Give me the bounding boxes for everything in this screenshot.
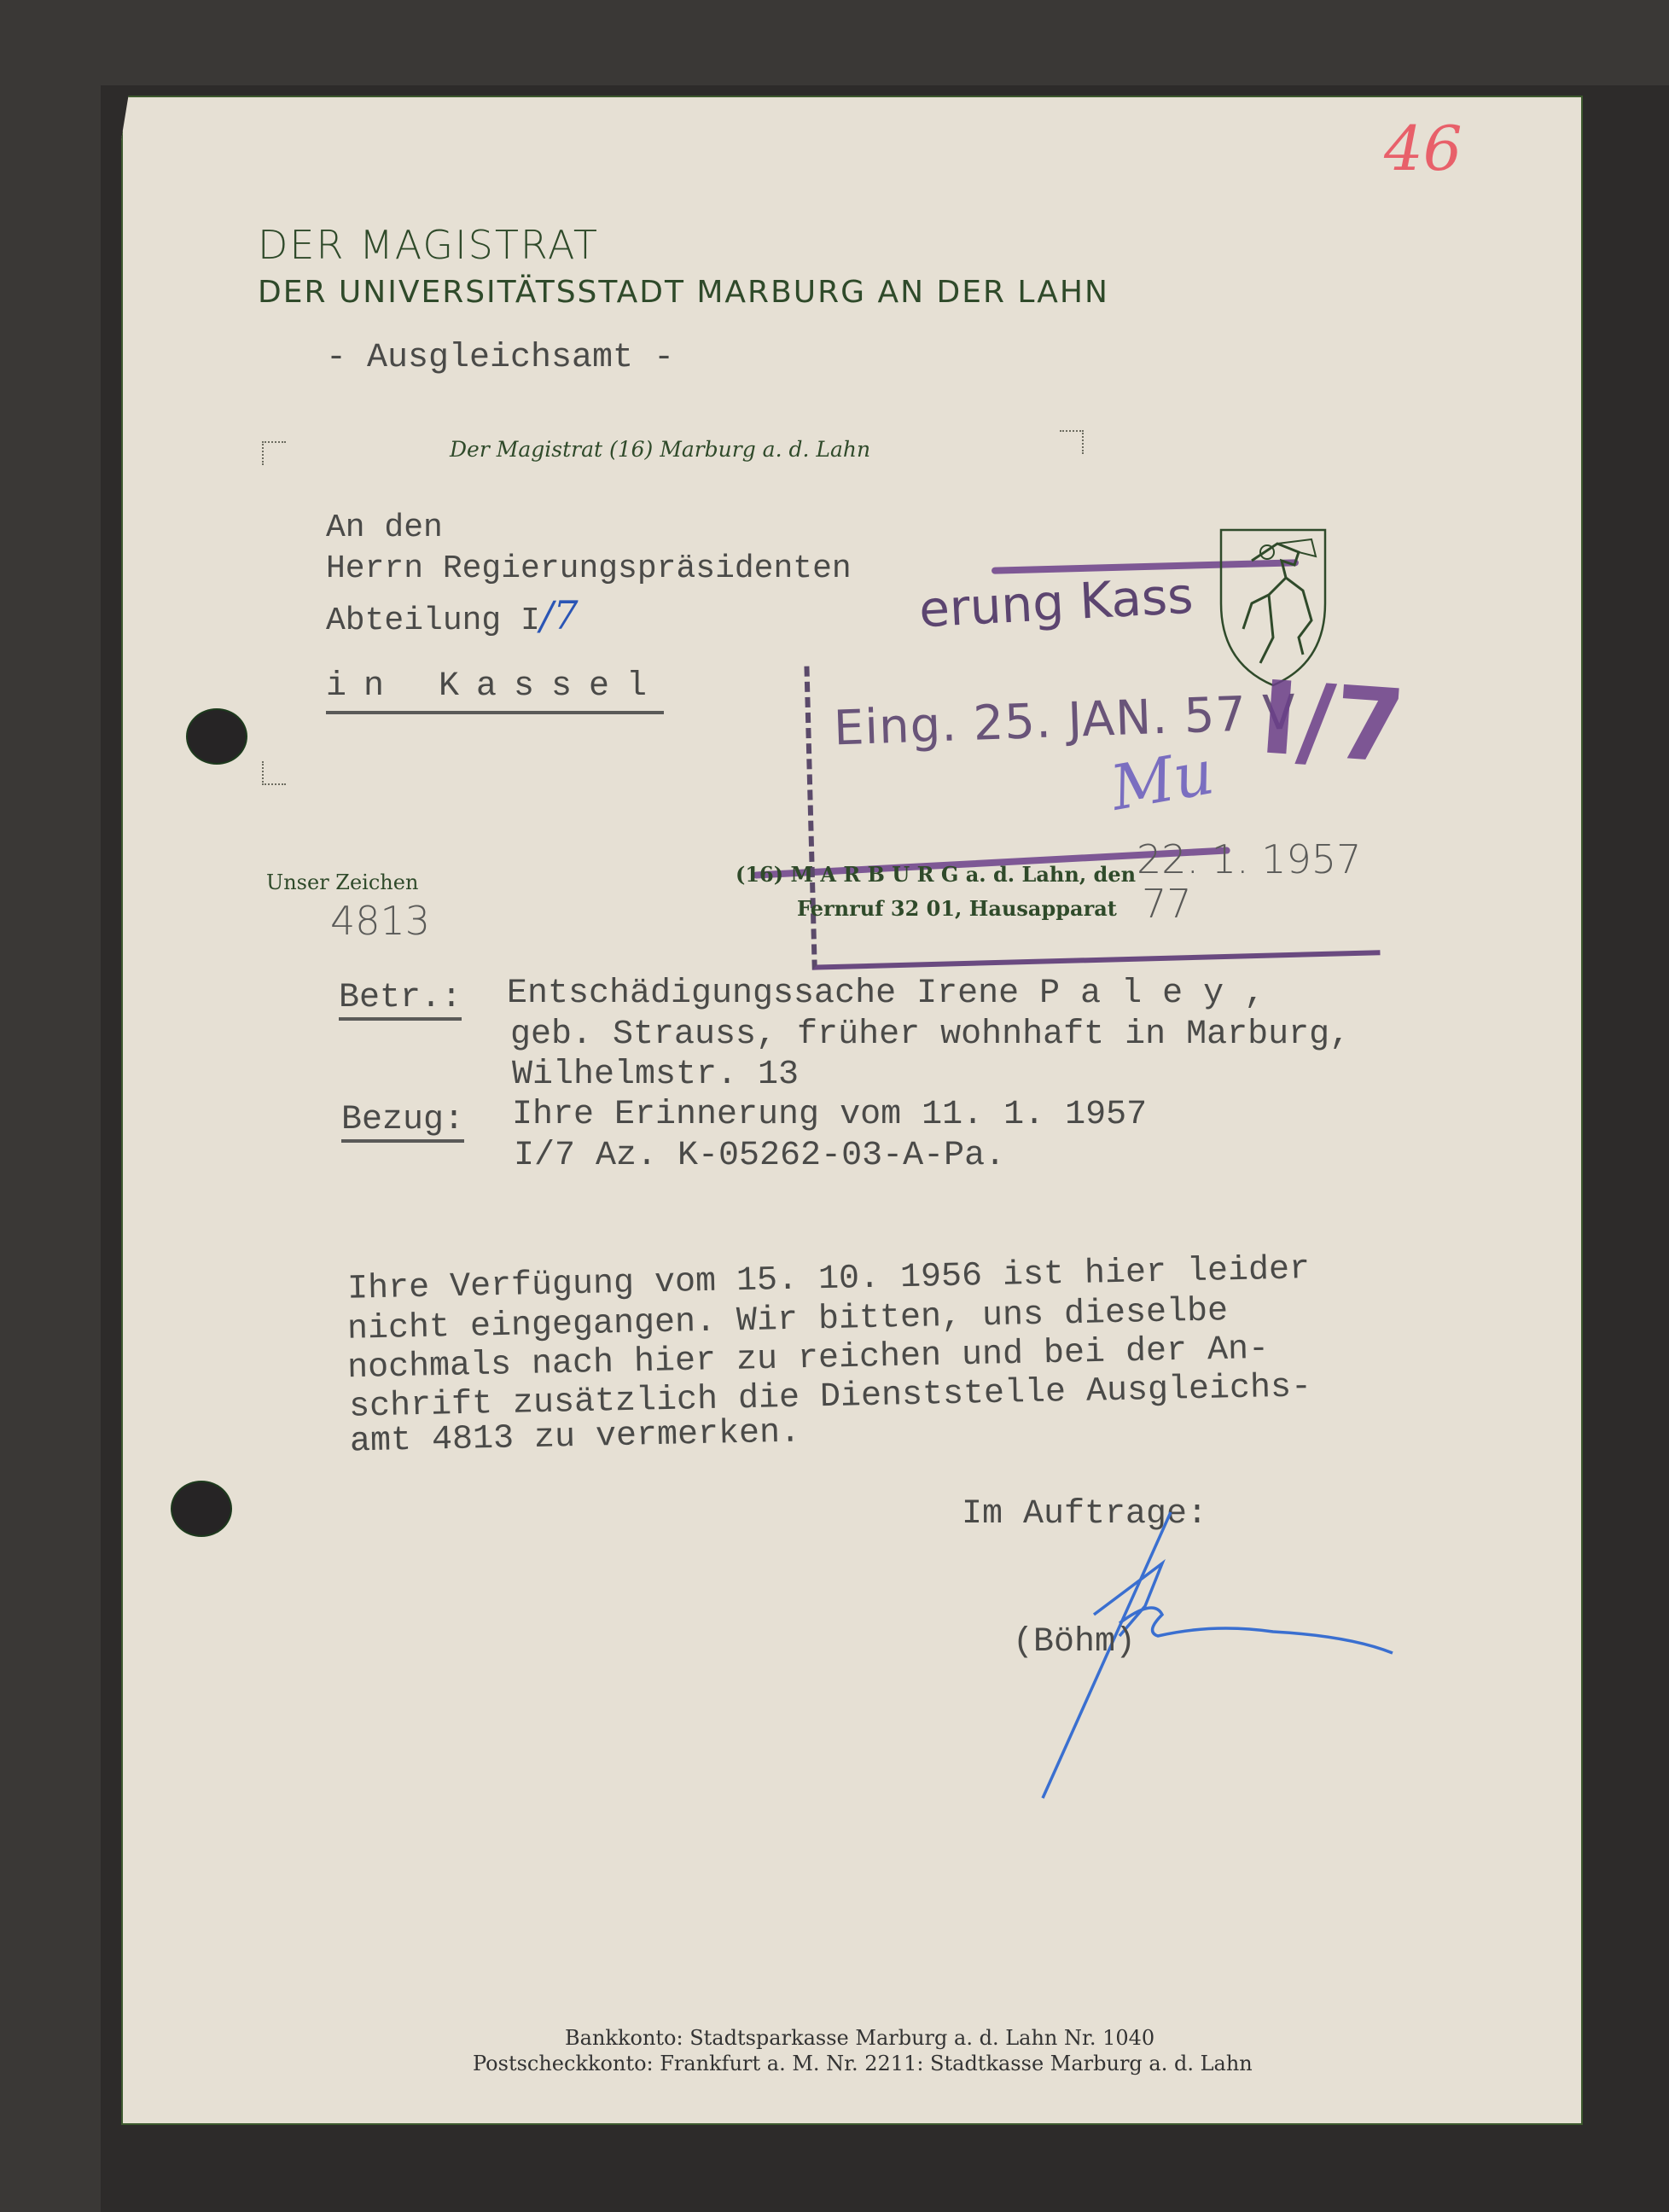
sender-return-line: Der Magistrat (16) Marburg a. d. Lahn (450, 437, 870, 462)
address-window-corner-top-right (1060, 430, 1084, 454)
address-window-corner-bottom-left (262, 761, 286, 785)
letterhead-subtitle: DER UNIVERSITÄTSSTADT MARBURG AN DER LAH… (258, 275, 1109, 310)
address-window-corner-top-left (262, 441, 286, 465)
recipient-line-1: An den (326, 509, 443, 546)
body-line-5: amt 4813 zu vermerken. (350, 1413, 801, 1461)
recipient-line-3: Abteilung I/7 (326, 592, 579, 639)
punch-hole-bottom (172, 1482, 230, 1535)
subject-line-1: Entschädigungssache Irene P a l e y , (507, 975, 1265, 1013)
subject-line-3: Wilhelmstr. 13 (512, 1056, 799, 1094)
signatory-name: (Böhm) (1013, 1623, 1136, 1662)
subject-line-2: geb. Strauss, früher wohnhaft in Marburg… (510, 1016, 1350, 1054)
punch-hole-top (188, 710, 246, 763)
department-name: - Ausgleichsamt - (326, 339, 674, 377)
phone-extension: 77 (1142, 881, 1192, 927)
department-mark: I/7 (1256, 658, 1408, 785)
recipient-line-2: Herrn Regierungspräsidenten (326, 550, 852, 587)
footer-bank-account: Bankkonto: Stadtsparkasse Marburg a. d. … (565, 2026, 1154, 2050)
letter-date: 22. 1. 1957 (1137, 836, 1361, 882)
recipient-city: in Kassel (326, 667, 664, 714)
scan-background-left (0, 0, 101, 2212)
recipient-department-typed: Abteilung I (326, 602, 540, 639)
footer-postal-account: Postscheckkonto: Frankfurt a. M. Nr. 221… (473, 2052, 1253, 2075)
recipient-department-handwritten: /7 (540, 592, 579, 638)
scan-background-top (0, 0, 1669, 85)
reference-label: Bezug: (341, 1101, 464, 1143)
reference-line-2: I/7 Az. K-05262-03-A-Pa. (514, 1137, 1005, 1175)
reference-line-1: Ihre Erinnerung vom 11. 1. 1957 (512, 1096, 1147, 1134)
our-sign-value: 4813 (330, 898, 430, 944)
subject-label: Betr.: (339, 979, 462, 1021)
letter-page: 46 DER MAGISTRAT DER UNIVERSITÄTSSTADT M… (121, 96, 1583, 2125)
phone-label: Fernruf 32 01, Hausapparat (797, 896, 1117, 921)
letterhead-title: DER MAGISTRAT (258, 222, 599, 268)
our-sign-label: Unser Zeichen (266, 870, 418, 894)
place-label: (16) M A R B U R G a. d. Lahn, den (736, 862, 1136, 887)
receipt-stamp-authority: erung Kass (917, 567, 1194, 639)
folio-number: 46 (1384, 113, 1463, 184)
